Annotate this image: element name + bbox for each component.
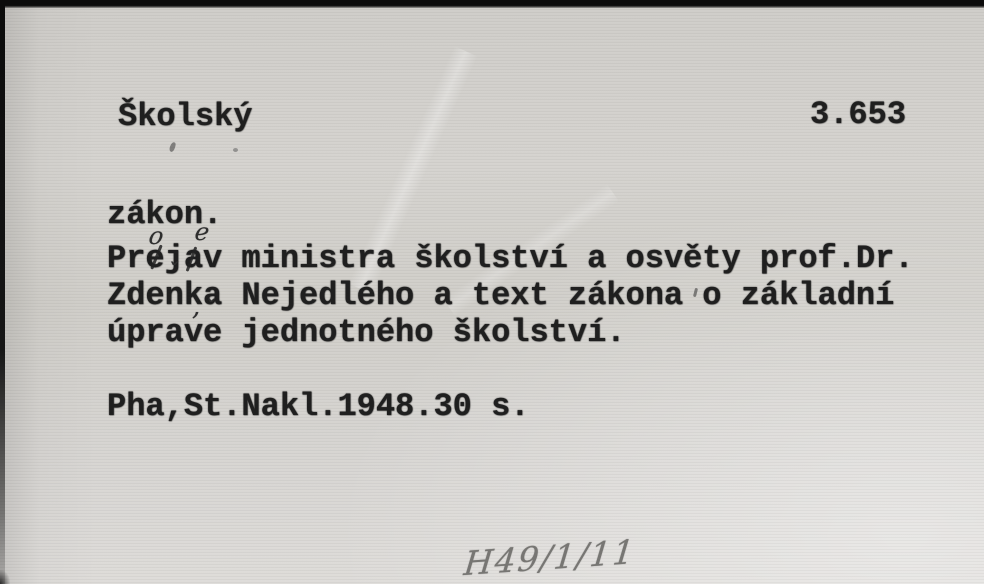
scan-border-left [0,0,5,584]
body-line-3: úprave jednotného školství. [107,314,625,351]
scan-border-top [0,0,984,8]
catalog-number: 3.653 [810,96,906,133]
handwritten-shelfmark: H49/1/11 [462,532,638,583]
imprint-line: Pha,St.Nakl.1948.30 s. [107,388,529,425]
ink-smudge [233,148,238,152]
ink-smudge [169,141,177,152]
handwritten-hook-zdenka: , [192,292,200,322]
body-line-2: Zdenka Nejedlého a text zákona o základn… [107,277,894,314]
body-line-1: Prejav ministra školství a osvěty prof.D… [107,240,914,277]
corner-smudge [0,570,10,584]
handwritten-caron-uprave: ˇ [205,295,215,319]
card-heading: Školský [118,98,252,135]
handwritten-caron-zdenka: ˇ [168,258,178,282]
scanned-catalog-card: Školský 3.653 zákon. Prejav ministra ško… [0,0,984,584]
